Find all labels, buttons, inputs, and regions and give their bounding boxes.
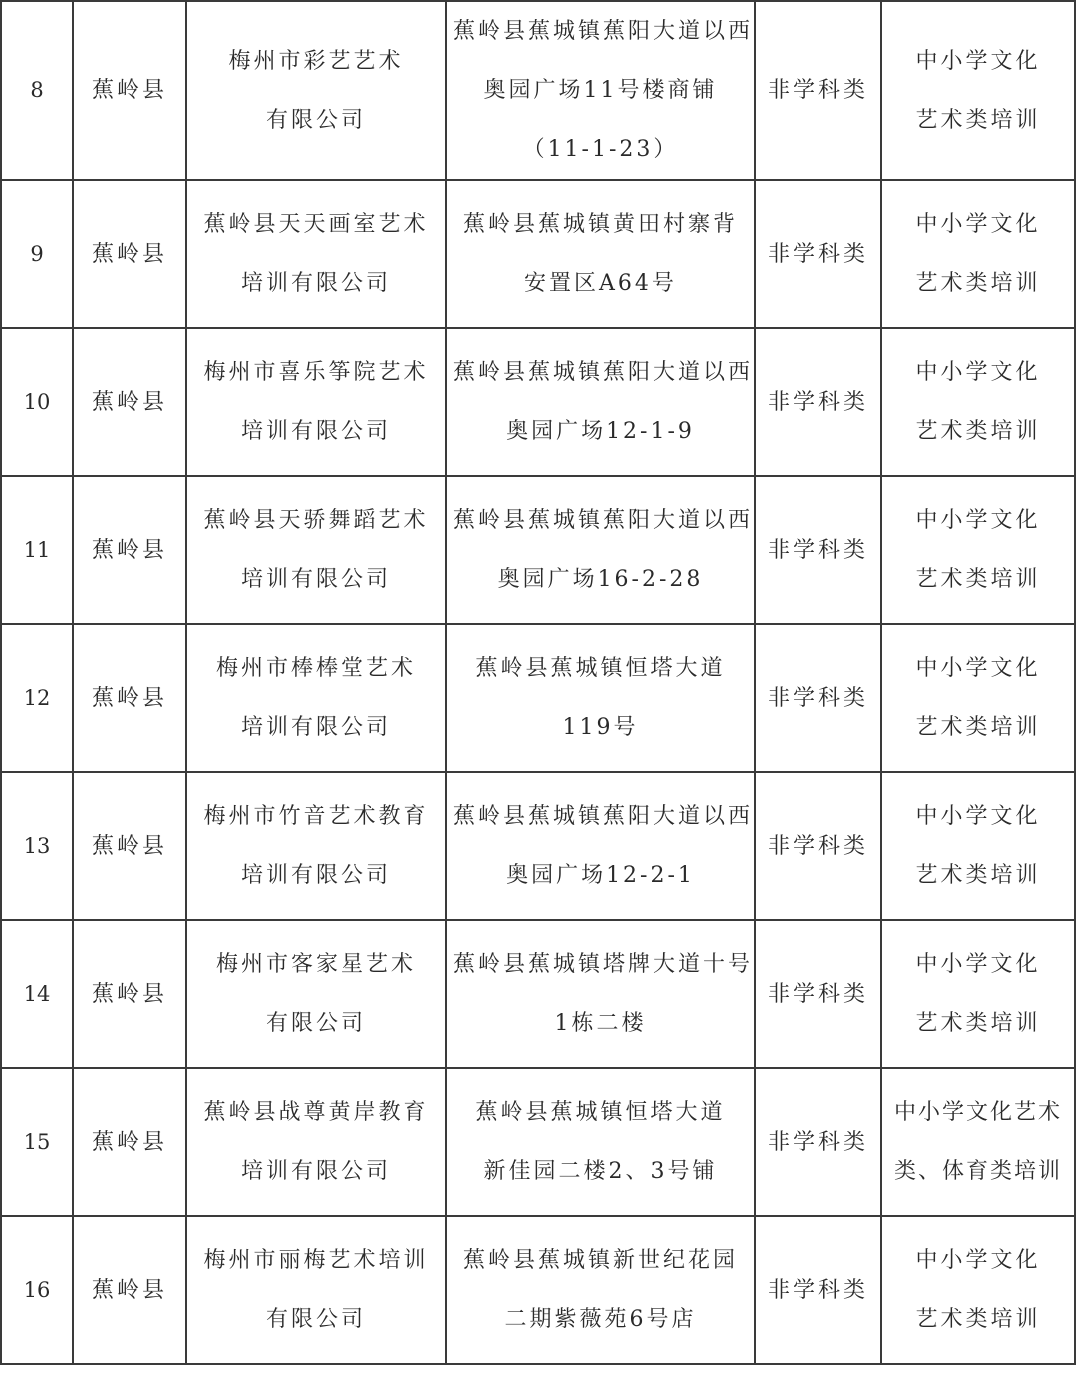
table-row: 16 蕉岭县 梅州市丽梅艺术培训 有限公司 蕉岭县蕉城镇新世纪花园 二期紫薇苑6… [1,1216,1075,1364]
county-cell: 蕉岭县 [73,180,186,328]
training-institutions-table-container: 8 蕉岭县 梅州市彩艺艺术 有限公司 蕉岭县蕉城镇蕉阳大道以西 奥园广场11号楼… [0,0,1074,1365]
institution-name-line: 蕉岭县天骄舞蹈艺术 [193,491,439,550]
institution-name-cell: 蕉岭县天骄舞蹈艺术 培训有限公司 [186,476,446,624]
address-line: 蕉岭县蕉城镇蕉阳大道以西 [453,787,748,846]
institution-name-line: 培训有限公司 [193,846,439,905]
scope-cell: 中小学文化 艺术类培训 [881,920,1075,1068]
address-line: 蕉岭县蕉城镇黄田村寨背 [453,195,748,254]
institution-name-line: 梅州市客家星艺术 [193,935,439,994]
address-line: 119号 [453,698,748,757]
scope-line: 艺术类培训 [888,1290,1068,1349]
scope-cell: 中小学文化 艺术类培训 [881,624,1075,772]
county-cell: 蕉岭县 [73,772,186,920]
table-row: 14 蕉岭县 梅州市客家星艺术 有限公司 蕉岭县蕉城镇塔牌大道十号 1栋二楼 非… [1,920,1075,1068]
table-row: 11 蕉岭县 蕉岭县天骄舞蹈艺术 培训有限公司 蕉岭县蕉城镇蕉阳大道以西 奥园广… [1,476,1075,624]
institution-name-cell: 蕉岭县天天画室艺术 培训有限公司 [186,180,446,328]
table-row: 9 蕉岭县 蕉岭县天天画室艺术 培训有限公司 蕉岭县蕉城镇黄田村寨背 安置区A6… [1,180,1075,328]
county-cell: 蕉岭县 [73,624,186,772]
address-cell: 蕉岭县蕉城镇新世纪花园 二期紫薇苑6号店 [446,1216,755,1364]
scope-cell: 中小学文化 艺术类培训 [881,1,1075,180]
scope-line: 艺术类培训 [888,550,1068,609]
scope-line: 艺术类培训 [888,698,1068,757]
type-cell: 非学科类 [755,180,881,328]
type-cell: 非学科类 [755,1216,881,1364]
scope-line: 中小学文化 [888,1231,1068,1290]
scope-line: 中小学文化 [888,935,1068,994]
address-line: 新佳园二楼2、3号铺 [453,1142,748,1201]
scope-line: 中小学文化 [888,195,1068,254]
table-row: 12 蕉岭县 梅州市棒棒堂艺术 培训有限公司 蕉岭县蕉城镇恒塔大道 119号 非… [1,624,1075,772]
scope-line: 类、体育类培训 [888,1142,1068,1201]
address-line: 1栋二楼 [453,994,748,1053]
type-cell: 非学科类 [755,920,881,1068]
address-cell: 蕉岭县蕉城镇蕉阳大道以西 奥园广场11号楼商铺 （11-1-23） [446,1,755,180]
address-cell: 蕉岭县蕉城镇黄田村寨背 安置区A64号 [446,180,755,328]
county-cell: 蕉岭县 [73,1068,186,1216]
institution-name-line: 梅州市彩艺艺术 [193,32,439,91]
scope-cell: 中小学文化 艺术类培训 [881,180,1075,328]
institution-name-line: 培训有限公司 [193,698,439,757]
address-cell: 蕉岭县蕉城镇蕉阳大道以西 奥园广场16-2-28 [446,476,755,624]
scope-cell: 中小学文化 艺术类培训 [881,476,1075,624]
address-line: 安置区A64号 [453,254,748,313]
row-number-cell: 12 [1,624,73,772]
scope-line: 中小学文化 [888,639,1068,698]
type-cell: 非学科类 [755,1,881,180]
row-number-cell: 15 [1,1068,73,1216]
row-number-cell: 8 [1,1,73,180]
row-number-cell: 10 [1,328,73,476]
address-line: 奥园广场12-1-9 [453,402,748,461]
row-number-cell: 14 [1,920,73,1068]
scope-line: 艺术类培训 [888,402,1068,461]
scope-line: 艺术类培训 [888,91,1068,150]
type-cell: 非学科类 [755,772,881,920]
institution-name-cell: 梅州市竹音艺术教育 培训有限公司 [186,772,446,920]
type-cell: 非学科类 [755,624,881,772]
row-number-cell: 16 [1,1216,73,1364]
institution-name-line: 有限公司 [193,91,439,150]
address-line: 蕉岭县蕉城镇蕉阳大道以西 [453,343,748,402]
address-line: 蕉岭县蕉城镇恒塔大道 [453,1083,748,1142]
address-cell: 蕉岭县蕉城镇塔牌大道十号 1栋二楼 [446,920,755,1068]
scope-cell: 中小学文化 艺术类培训 [881,1216,1075,1364]
type-cell: 非学科类 [755,1068,881,1216]
address-line: 奥园广场16-2-28 [453,550,748,609]
county-cell: 蕉岭县 [73,1,186,180]
institution-name-cell: 梅州市丽梅艺术培训 有限公司 [186,1216,446,1364]
address-line: 蕉岭县蕉城镇新世纪花园 [453,1231,748,1290]
row-number-cell: 11 [1,476,73,624]
county-cell: 蕉岭县 [73,476,186,624]
table-row: 8 蕉岭县 梅州市彩艺艺术 有限公司 蕉岭县蕉城镇蕉阳大道以西 奥园广场11号楼… [1,1,1075,180]
scope-line: 中小学文化 [888,32,1068,91]
institution-name-line: 蕉岭县天天画室艺术 [193,195,439,254]
institution-name-line: 培训有限公司 [193,402,439,461]
county-cell: 蕉岭县 [73,920,186,1068]
institution-name-cell: 蕉岭县战尊黄岸教育 培训有限公司 [186,1068,446,1216]
scope-line: 艺术类培训 [888,254,1068,313]
scope-cell: 中小学文化 艺术类培训 [881,328,1075,476]
address-line: 蕉岭县蕉城镇恒塔大道 [453,639,748,698]
county-cell: 蕉岭县 [73,1216,186,1364]
institution-name-cell: 梅州市彩艺艺术 有限公司 [186,1,446,180]
institution-name-line: 培训有限公司 [193,550,439,609]
scope-line: 中小学文化 [888,491,1068,550]
type-cell: 非学科类 [755,476,881,624]
institution-name-line: 梅州市喜乐筝院艺术 [193,343,439,402]
address-line: 二期紫薇苑6号店 [453,1290,748,1349]
scope-line: 中小学文化 [888,787,1068,846]
row-number-cell: 9 [1,180,73,328]
scope-line: 艺术类培训 [888,994,1068,1053]
address-line: 蕉岭县蕉城镇蕉阳大道以西 [453,491,748,550]
scope-cell: 中小学文化 艺术类培训 [881,772,1075,920]
institution-name-line: 梅州市竹音艺术教育 [193,787,439,846]
type-cell: 非学科类 [755,328,881,476]
address-cell: 蕉岭县蕉城镇恒塔大道 119号 [446,624,755,772]
scope-line: 艺术类培训 [888,846,1068,905]
institution-name-line: 梅州市棒棒堂艺术 [193,639,439,698]
institution-name-cell: 梅州市棒棒堂艺术 培训有限公司 [186,624,446,772]
address-line: 蕉岭县蕉城镇塔牌大道十号 [453,935,748,994]
institution-name-line: 蕉岭县战尊黄岸教育 [193,1083,439,1142]
institution-name-line: 培训有限公司 [193,1142,439,1201]
table-row: 13 蕉岭县 梅州市竹音艺术教育 培训有限公司 蕉岭县蕉城镇蕉阳大道以西 奥园广… [1,772,1075,920]
scope-line: 中小学文化艺术 [888,1083,1068,1142]
institution-name-line: 有限公司 [193,1290,439,1349]
address-line: 奥园广场11号楼商铺 [453,61,748,120]
table-row: 10 蕉岭县 梅州市喜乐筝院艺术 培训有限公司 蕉岭县蕉城镇蕉阳大道以西 奥园广… [1,328,1075,476]
institution-name-line: 培训有限公司 [193,254,439,313]
address-line: 蕉岭县蕉城镇蕉阳大道以西 [453,2,748,61]
row-number-cell: 13 [1,772,73,920]
scope-cell: 中小学文化艺术 类、体育类培训 [881,1068,1075,1216]
scope-line: 中小学文化 [888,343,1068,402]
address-cell: 蕉岭县蕉城镇恒塔大道 新佳园二楼2、3号铺 [446,1068,755,1216]
address-line: （11-1-23） [453,120,748,179]
institution-name-line: 梅州市丽梅艺术培训 [193,1231,439,1290]
institution-name-cell: 梅州市客家星艺术 有限公司 [186,920,446,1068]
table-row: 15 蕉岭县 蕉岭县战尊黄岸教育 培训有限公司 蕉岭县蕉城镇恒塔大道 新佳园二楼… [1,1068,1075,1216]
training-institutions-table: 8 蕉岭县 梅州市彩艺艺术 有限公司 蕉岭县蕉城镇蕉阳大道以西 奥园广场11号楼… [0,0,1076,1365]
address-cell: 蕉岭县蕉城镇蕉阳大道以西 奥园广场12-1-9 [446,328,755,476]
institution-name-cell: 梅州市喜乐筝院艺术 培训有限公司 [186,328,446,476]
address-line: 奥园广场12-2-1 [453,846,748,905]
county-cell: 蕉岭县 [73,328,186,476]
institution-name-line: 有限公司 [193,994,439,1053]
address-cell: 蕉岭县蕉城镇蕉阳大道以西 奥园广场12-2-1 [446,772,755,920]
